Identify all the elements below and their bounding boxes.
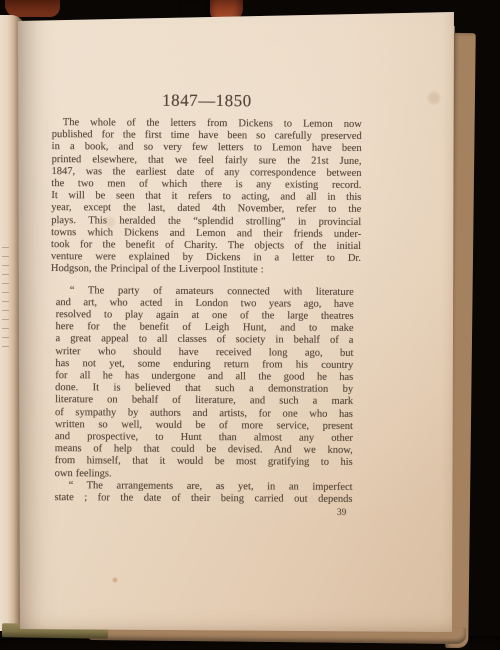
chapter-heading: 1847—1850	[52, 91, 362, 111]
paragraph-letter-quote-1: “ The party of amateurs connected with l…	[55, 285, 354, 482]
page-number: 39	[49, 506, 359, 519]
book-page: 1847—1850 The whole of the letters from …	[14, 10, 456, 634]
paragraphs: The whole of the letters from Dickens to…	[49, 117, 361, 506]
text-block: 1847—1850 The whole of the letters from …	[49, 91, 362, 519]
paragraph-intro: The whole of the letters from Dickens to…	[51, 117, 362, 278]
paragraph-letter-quote-2: “ The arrangements are, as yet, in an im…	[54, 480, 352, 506]
book-photograph: 1847—1850 The whole of the letters from …	[0, 0, 500, 650]
text-line: state ; for the date of their being carr…	[54, 492, 352, 506]
text-line: Hodgson, the Principal of the Liverpool …	[51, 263, 361, 277]
